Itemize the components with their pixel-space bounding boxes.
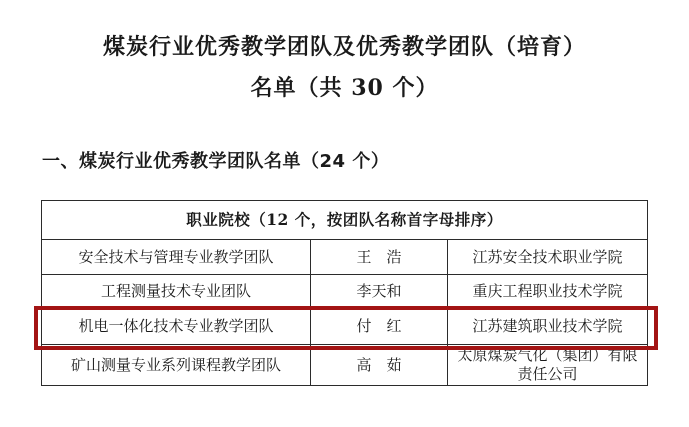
teams-table: 职业院校（12 个，按团队名称首字母排序） 安全技术与管理专业教学团队 王 浩 … xyxy=(41,200,648,386)
team-leader-cell: 高 茹 xyxy=(311,345,448,386)
team-name-cell: 工程测量技术专业团队 xyxy=(42,275,311,309)
institution-cell: 江苏安全技术职业学院 xyxy=(448,240,648,275)
team-name-cell: 矿山测量专业系列课程教学团队 xyxy=(42,345,311,386)
table-row-highlighted: 机电一体化技术专业教学团队 付 红 江苏建筑职业技术学院 xyxy=(42,309,648,345)
institution-cell: 重庆工程职业技术学院 xyxy=(448,275,648,309)
team-leader-cell: 王 浩 xyxy=(311,240,448,275)
document-title-line1: 煤炭行业优秀教学团队及优秀教学团队（培育） xyxy=(0,27,689,68)
team-leader-cell: 李天和 xyxy=(311,275,448,309)
team-name-cell: 安全技术与管理专业教学团队 xyxy=(42,240,311,275)
institution-cell: 江苏建筑职业技术学院 xyxy=(448,309,648,345)
section-heading: 一、煤炭行业优秀教学团队名单（24 个） xyxy=(42,147,389,173)
document-title: 煤炭行业优秀教学团队及优秀教学团队（培育） 名单（共 30 个） xyxy=(0,27,689,109)
document-title-line2: 名单（共 30 个） xyxy=(0,68,689,109)
table-header-cell: 职业院校（12 个，按团队名称首字母排序） xyxy=(42,201,648,240)
table-row: 矿山测量专业系列课程教学团队 高 茹 太原煤炭气化（集团）有限责任公司 xyxy=(42,345,648,386)
team-leader-cell: 付 红 xyxy=(311,309,448,345)
institution-cell: 太原煤炭气化（集团）有限责任公司 xyxy=(448,345,648,386)
table-row: 工程测量技术专业团队 李天和 重庆工程职业技术学院 xyxy=(42,275,648,309)
table-header-row: 职业院校（12 个，按团队名称首字母排序） xyxy=(42,201,648,240)
document-page: 煤炭行业优秀教学团队及优秀教学团队（培育） 名单（共 30 个） 一、煤炭行业优… xyxy=(0,0,689,427)
table-row: 安全技术与管理专业教学团队 王 浩 江苏安全技术职业学院 xyxy=(42,240,648,275)
team-name-cell: 机电一体化技术专业教学团队 xyxy=(42,309,311,345)
